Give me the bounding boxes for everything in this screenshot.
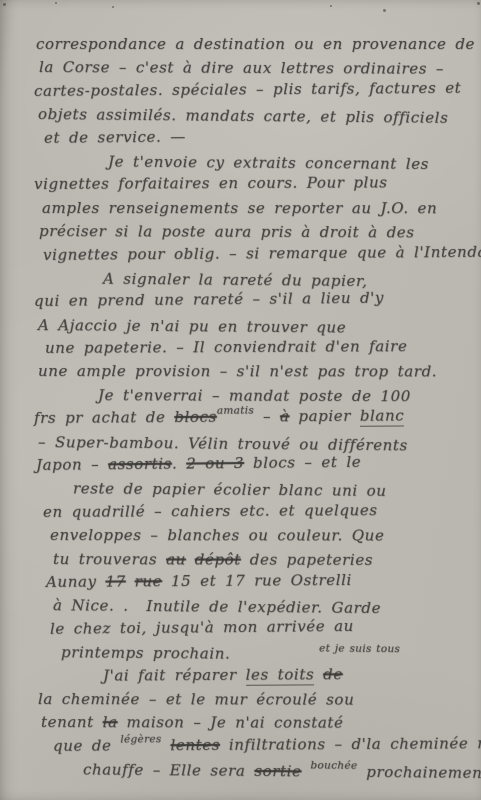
letter-body: correspondance a destination ou en prove… [34, 33, 467, 800]
handwriting-line: le chez toi, jusqu'à mon arrivée au [34, 614, 467, 642]
handwriting-text: que de [53, 736, 120, 754]
handwriting-line: Japon – assortis. 2 ou 3 blocs – et le [34, 450, 467, 478]
handwriting-line: enveloppes – blanches ou couleur. Que [34, 524, 467, 548]
handwriting-text: des papeteries [241, 550, 373, 568]
handwriting-text: blocs – et le [244, 453, 361, 472]
handwriting-text: printemps prochain. [61, 643, 231, 662]
handwriting-text: correspondance a destination ou en prove… [36, 35, 475, 53]
handwriting-text: vignettes forfaitaires en cours. Pour pl… [34, 174, 388, 194]
struck-text: sortie [254, 762, 301, 780]
handwriting-text: vignettes pour oblig. – si remarque que … [43, 242, 481, 263]
inserted-text: légères [120, 727, 161, 751]
paper-speck [383, 9, 386, 12]
inserted-text: et je suis tous [319, 637, 400, 661]
letter-page: correspondance a destination ou en prove… [0, 0, 481, 800]
handwriting-text: la Corse – c'est à dire aux lettres ordi… [39, 58, 444, 78]
handwriting-text [186, 550, 195, 568]
handwriting-line: frs pr achat de blocsamatis – à papier b… [34, 404, 467, 430]
handwriting-text: reste de papier écolier blanc uni ou [73, 480, 387, 501]
handwriting-text [230, 645, 319, 664]
handwriting-line: que de légères lentes infiltrations – d'… [34, 732, 467, 758]
struck-text: 2 ou 3 [186, 454, 244, 473]
handwriting-text: papier [289, 407, 359, 425]
struck-text: lentes [170, 736, 220, 754]
handwriting-text: tenant [41, 713, 103, 731]
handwriting-text: Aunay [46, 573, 106, 591]
handwriting-text: cartes-postales. spéciales – plis tarifs… [34, 79, 461, 100]
handwriting-text: Je t'enverrai – mandat poste de 100 [98, 386, 411, 405]
handwriting-text: prochainement — [357, 763, 481, 782]
handwriting-text: préciser si la poste aura pris à droit à… [39, 222, 415, 241]
paper-speck [330, 5, 332, 7]
struck-text: assortis [108, 455, 172, 474]
handwriting-text: A Ajaccio je n'ai pu en trouver que [38, 316, 346, 336]
handwriting-text: . [172, 455, 186, 473]
handwriting-line: Aunay 17 rue 15 et 17 rue Ostrelli [34, 568, 467, 594]
handwriting-text: le chez toi, jusqu'à mon arrivée au [50, 617, 354, 638]
handwriting-text: une papeterie. – Il conviendrait d'en fa… [45, 337, 408, 357]
handwriting-line: en quadrillé – cahiers etc. et quelques [34, 498, 467, 524]
handwriting-text [126, 572, 135, 590]
handwriting-text: et de service. — [44, 127, 186, 146]
struck-text: à [280, 408, 290, 426]
handwriting-text: qui en prend une rareté – s'il a lieu d'… [34, 289, 384, 310]
handwriting-line: vignettes pour oblig. – si remarque que … [34, 240, 467, 266]
paper-speck [477, 2, 480, 5]
struck-text: 17 [105, 572, 125, 590]
struck-text: de [323, 665, 343, 683]
handwriting-text: – [254, 408, 280, 426]
handwriting-line: cartes-postales. spéciales – plis tarifs… [34, 77, 467, 104]
handwriting-text: Japon – [36, 455, 108, 474]
handwriting-line: vignettes forfaitaires en cours. Pour pl… [34, 171, 467, 196]
struck-text: rue [135, 572, 163, 590]
paper-speck [112, 6, 114, 8]
paper-speck [3, 3, 6, 6]
underlined-text: les toits [246, 665, 315, 685]
handwriting-text: enveloppes – blanches ou couleur. Que [50, 526, 384, 544]
handwriting-line: qui en prend une rareté – s'il a lieu d'… [34, 286, 467, 313]
struck-text: la [103, 713, 118, 731]
handwriting-line: et de service. — [34, 122, 467, 149]
handwriting-line: la cheminée – et le mur écroulé sou [34, 688, 467, 712]
inserted-text: bouchée [310, 754, 357, 778]
handwriting-text: amples renseignements se reporter au J.O… [42, 199, 437, 217]
handwriting-line: chauffe – Elle sera sortie bouchée proch… [34, 758, 467, 785]
inserted-text: amatis [217, 399, 254, 423]
handwriting-text: J'ai fait réparer [103, 665, 246, 684]
handwriting-line: une ample provision – s'il n'est pas tro… [34, 360, 467, 384]
handwriting-line: J'ai fait réparer les toits de [34, 662, 467, 688]
struck-text: dépôt [195, 550, 241, 568]
handwriting-text [314, 665, 323, 683]
handwriting-line: correspondance a destination ou en prove… [34, 33, 467, 56]
handwriting-line: une papeterie. – Il conviendrait d'en fa… [34, 335, 467, 361]
handwriting-text: tu trouveras [53, 550, 166, 568]
struck-text: au [166, 550, 186, 568]
underlined-text: blanc [360, 407, 405, 427]
handwriting-text: 15 et 17 rue Ostrelli [162, 571, 352, 590]
handwriting-text: infiltrations – d'la cheminée ne fu [220, 734, 481, 754]
handwriting-text: la cheminée – et le mur écroulé sou [38, 690, 354, 709]
handwriting-text: une ample provision – s'il n'est pas tro… [38, 362, 437, 380]
handwriting-text: Je t'envoie cy extraits concernant les [108, 153, 429, 173]
handwriting-line: amples renseignements se reporter au J.O… [34, 197, 467, 221]
handwriting-text: frs pr achat de [34, 408, 174, 427]
handwriting-text: chauffe – Elle sera [83, 761, 254, 780]
handwriting-text: en quadrillé – cahiers etc. et quelques [43, 501, 378, 521]
paper-speck [55, 2, 57, 4]
struck-text: blocs [174, 408, 217, 426]
